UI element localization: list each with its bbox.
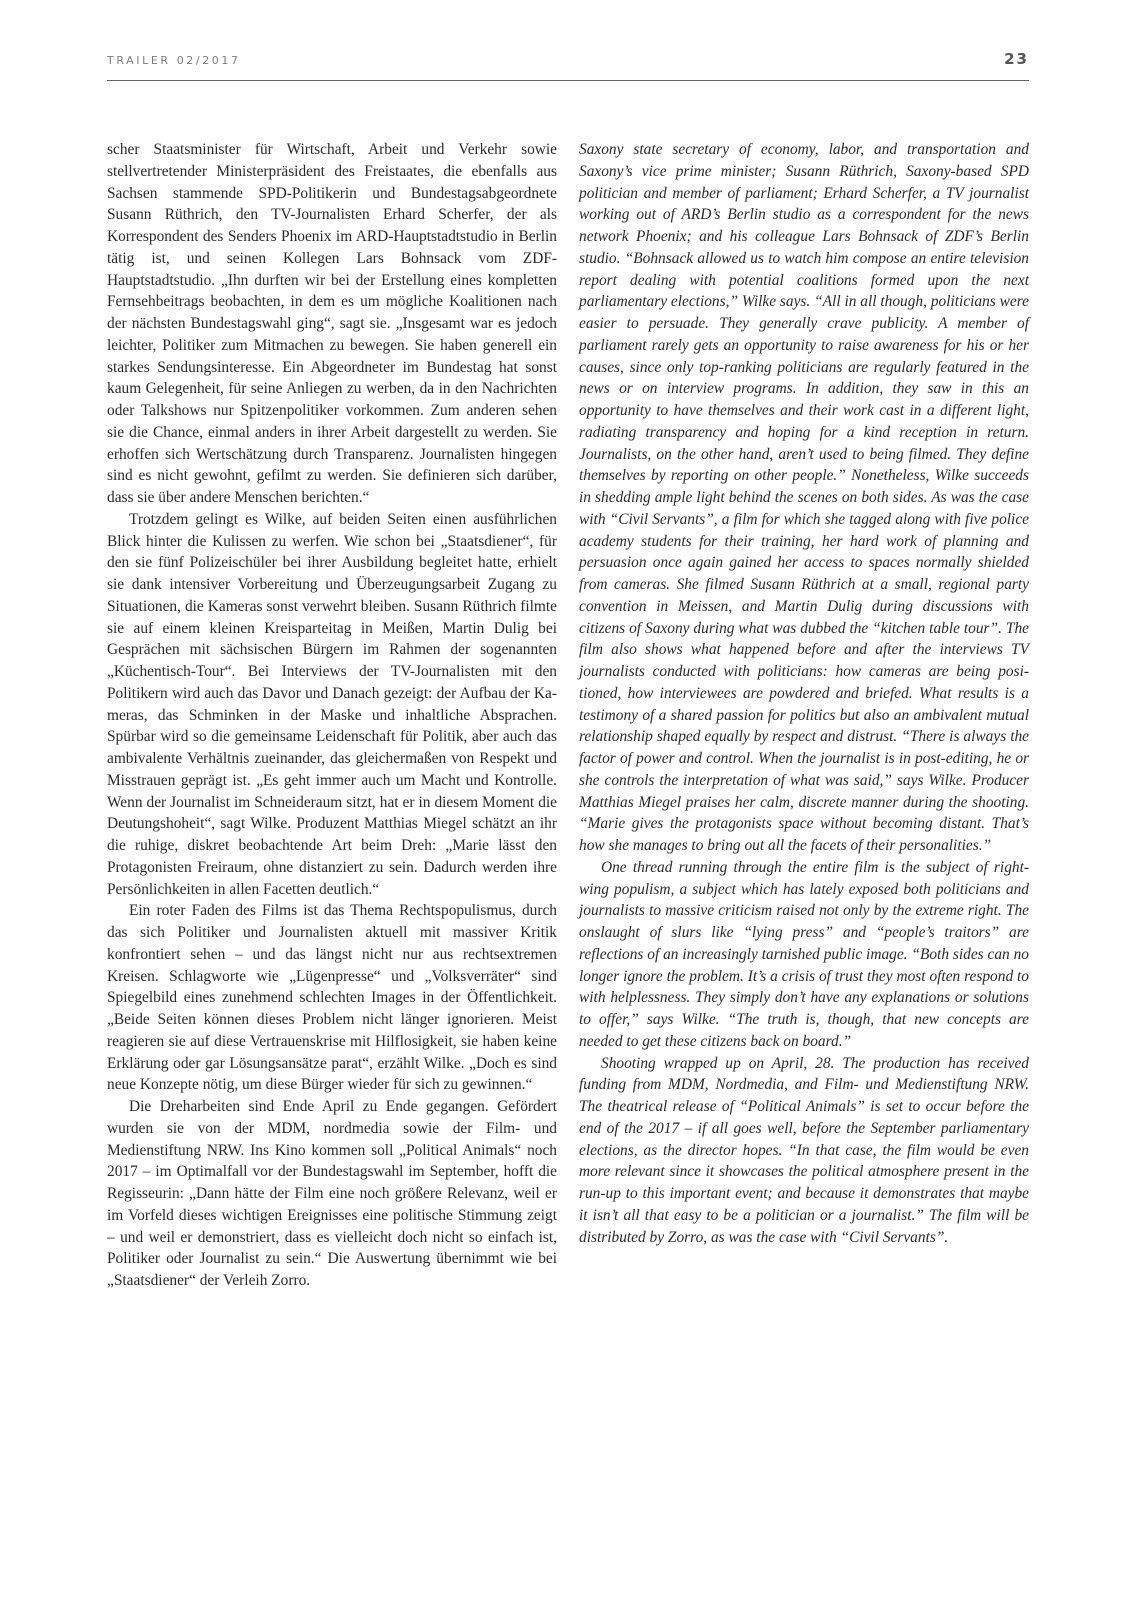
german-paragraph: Die Dreharbeiten sind Ende April zu Ende…	[107, 1096, 557, 1292]
german-paragraph: scher Staatsminister für Wirtschaft, Arb…	[107, 139, 557, 509]
german-paragraph: Trotzdem gelingt es Wilke, auf beiden Se…	[107, 509, 557, 901]
english-paragraph: Shooting wrapped up on April, 28. The pr…	[579, 1053, 1029, 1249]
page-number: 23	[1004, 50, 1029, 68]
english-paragraph: One thread running through the entire fi…	[579, 857, 1029, 1053]
german-paragraph: Ein roter Faden des Films ist das Thema …	[107, 900, 557, 1096]
running-head: TRAILER 02/2017	[107, 54, 241, 67]
english-paragraph: Saxony state secretary of economy, labor…	[579, 139, 1029, 857]
page-header: TRAILER 02/2017 23	[107, 50, 1029, 81]
english-text-column: Saxony state secretary of economy, labor…	[579, 139, 1029, 1248]
german-text-column: scher Staatsminister für Wirtschaft, Arb…	[107, 139, 557, 1292]
